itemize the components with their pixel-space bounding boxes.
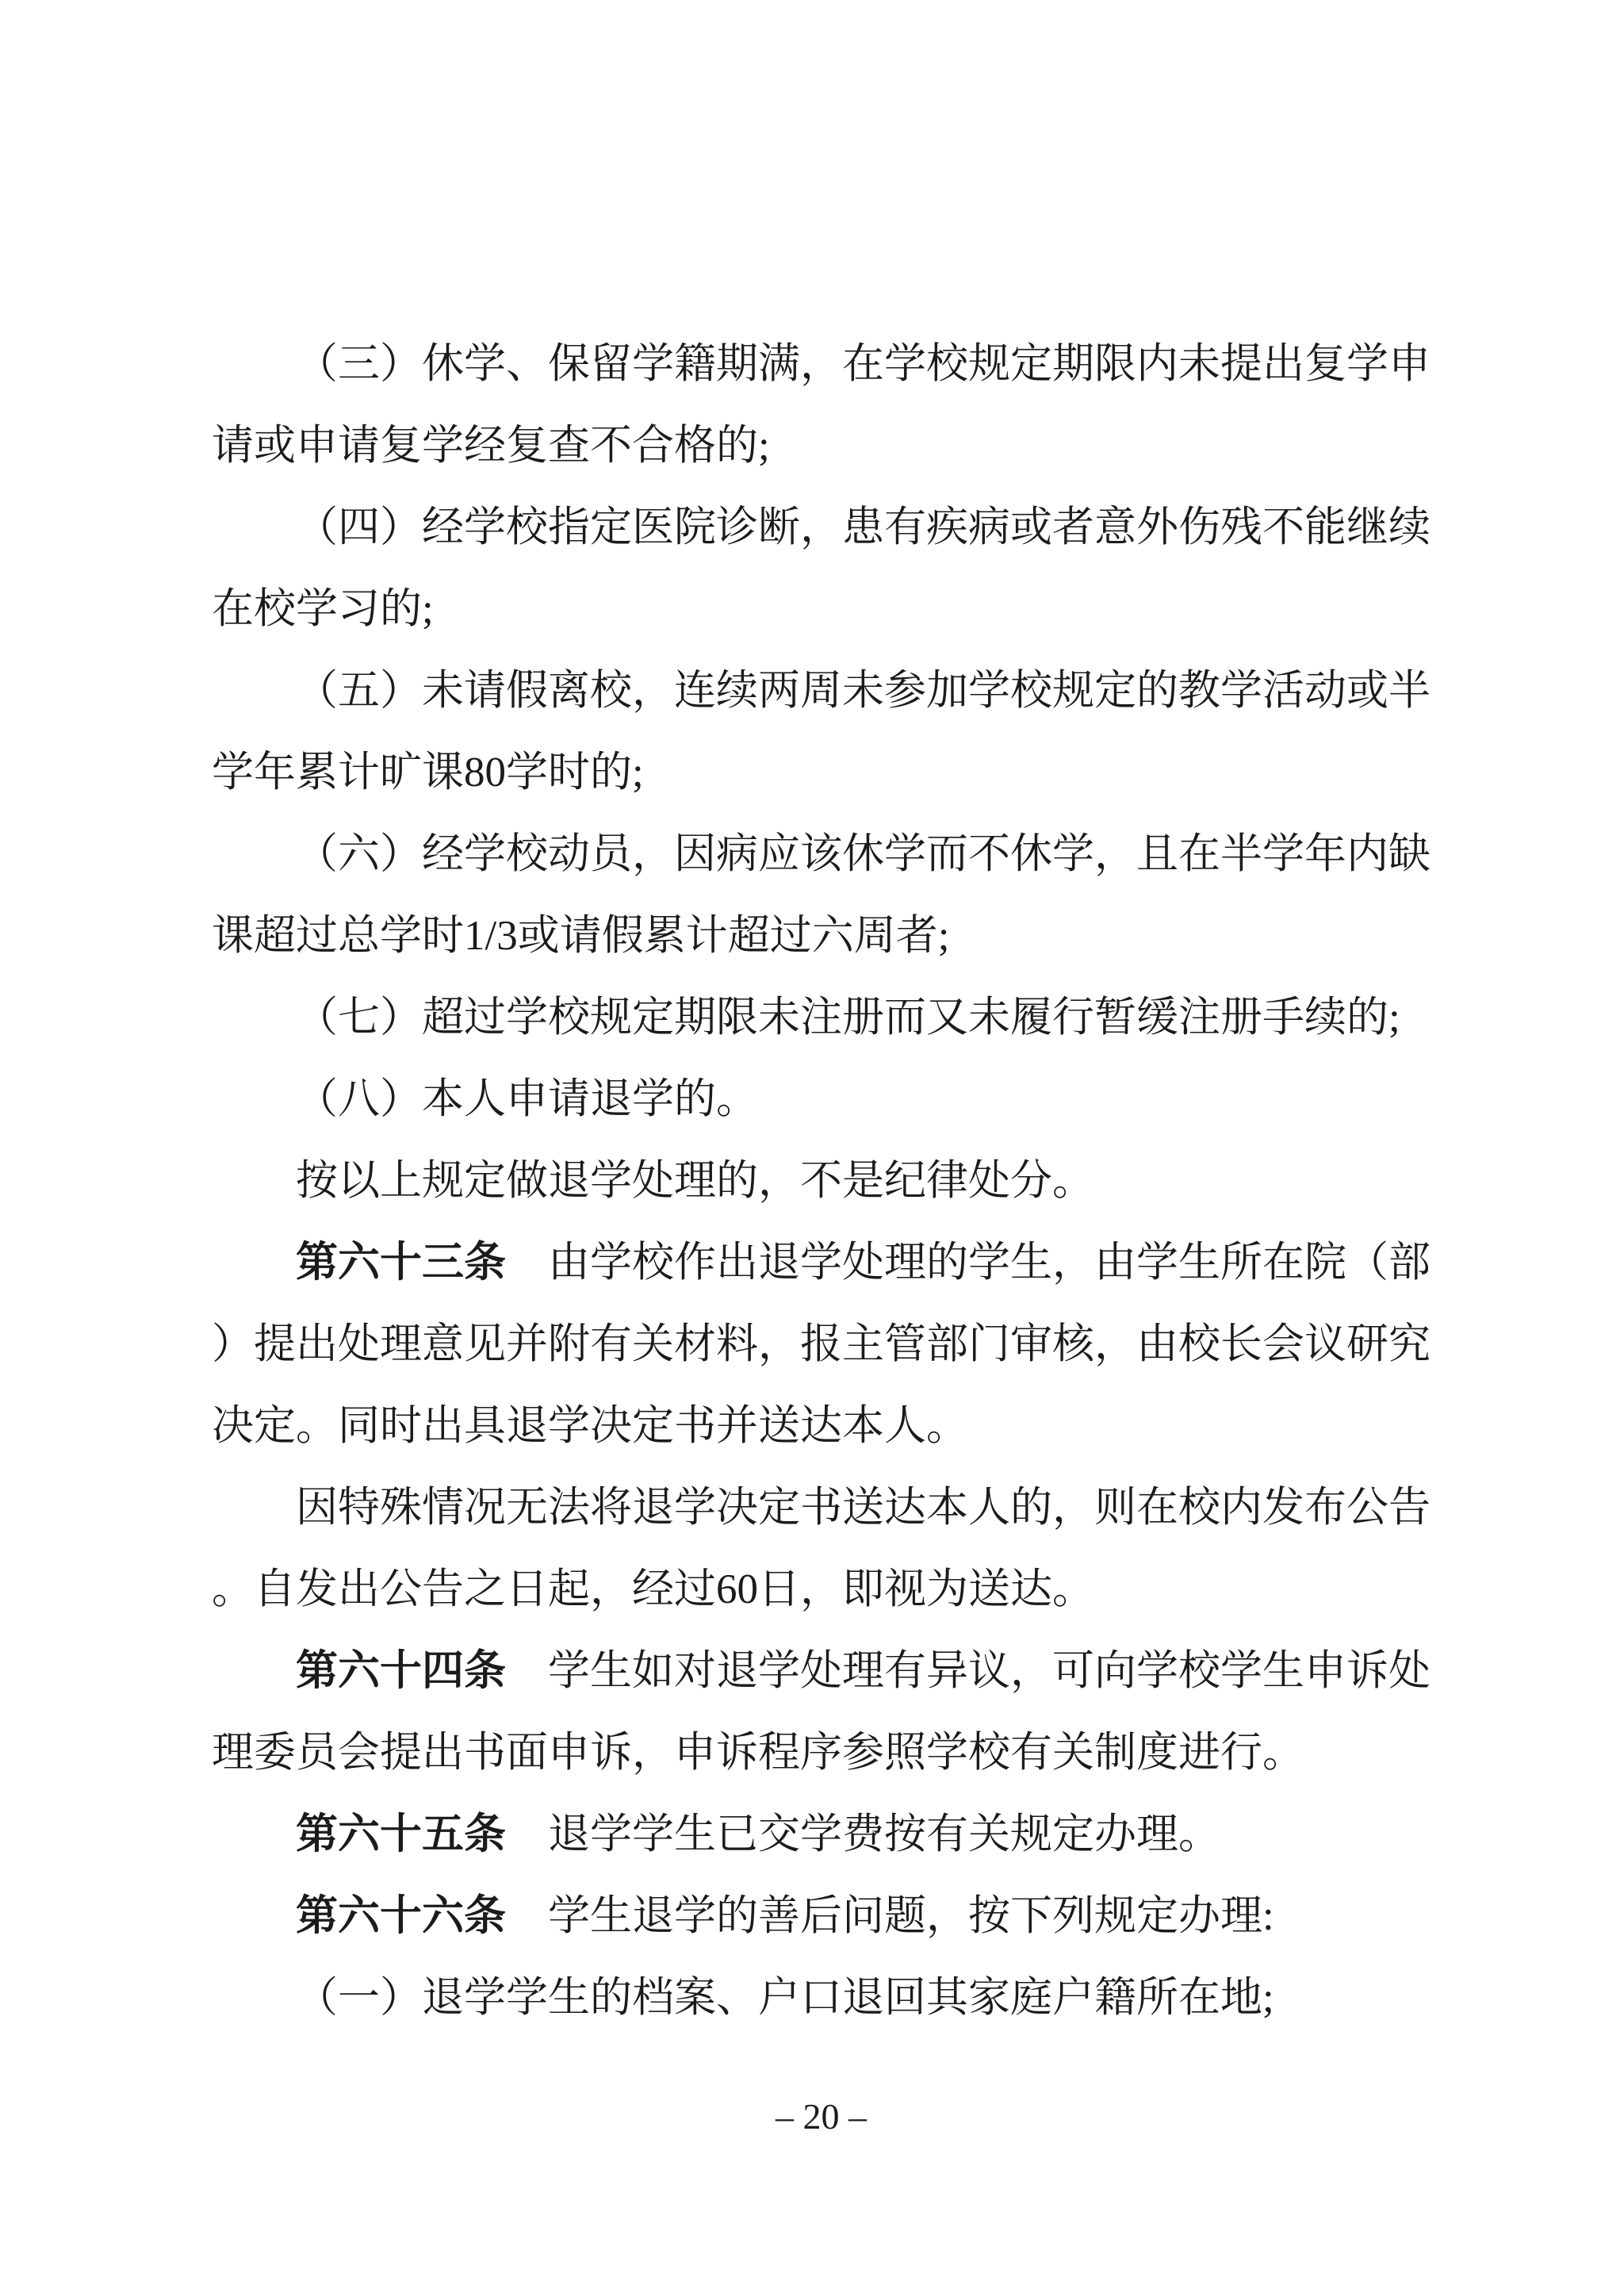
text-line: 因特殊情况无法将退学决定书送达本人的，则在校内发布公告 xyxy=(212,1467,1431,1549)
text-line: （七）超过学校规定期限未注册而又未履行暂缓注册手续的; xyxy=(212,977,1431,1059)
text-segment: （七）超过学校规定期限未注册而又未履行暂缓注册手续的; xyxy=(296,995,1400,1041)
text-line: 决定。同时出具退学决定书并送达本人。 xyxy=(212,1386,1431,1467)
text-segment: ）提出处理意见并附有关材料，报主管部门审核，由校长会议研究 xyxy=(212,1321,1431,1367)
text-line: 第六十四条 学生如对退学处理有异议，可向学校学生申诉处 xyxy=(212,1631,1431,1712)
text-segment: （五）未请假离校，连续两周未参加学校规定的教学活动或半 xyxy=(296,668,1431,714)
text-line: 第六十三条 由学校作出退学处理的学生，由学生所在院（部 xyxy=(212,1222,1431,1304)
text-segment: （三）休学、保留学籍期满，在学校规定期限内未提出复学申 xyxy=(296,341,1431,387)
text-segment: 在校学习的; xyxy=(212,586,434,632)
text-line: 在校学习的; xyxy=(212,569,1431,650)
document-body: （三）休学、保留学籍期满，在学校规定期限内未提出复学申请或申请复学经复查不合格的… xyxy=(212,324,1431,2039)
text-segment: 学年累计旷课80学时的; xyxy=(212,749,644,795)
text-line: （六）经学校动员，因病应该休学而不休学，且在半学年内缺 xyxy=(212,814,1431,895)
text-line: 第六十五条 退学学生已交学费按有关规定办理。 xyxy=(212,1794,1431,1876)
article-number-segment: 第六十五条 xyxy=(296,1811,506,1857)
text-segment: （六）经学校动员，因病应该休学而不休学，且在半学年内缺 xyxy=(296,831,1431,877)
article-number-segment: 第六十四条 xyxy=(296,1648,506,1694)
text-line: 第六十六条 学生退学的善后问题，按下列规定办理: xyxy=(212,1876,1431,1957)
text-segment: 退学学生已交学费按有关规定办理。 xyxy=(506,1811,1220,1857)
text-line: （八）本人申请退学的。 xyxy=(212,1059,1431,1140)
text-line: 课超过总学时1/3或请假累计超过六周者; xyxy=(212,895,1431,977)
text-line: 请或申请复学经复查不合格的; xyxy=(212,405,1431,487)
text-segment: 因特殊情况无法将退学决定书送达本人的，则在校内发布公告 xyxy=(296,1485,1431,1531)
text-segment: 请或申请复学经复查不合格的; xyxy=(212,423,770,469)
text-segment: 学生如对退学处理有异议，可向学校学生申诉处 xyxy=(506,1648,1431,1694)
text-line: 理委员会提出书面申诉，申诉程序参照学校有关制度进行。 xyxy=(212,1712,1431,1794)
text-segment: （八）本人申请退学的。 xyxy=(296,1076,758,1122)
text-segment: （一）退学学生的档案、户口退回其家庭户籍所在地; xyxy=(296,1975,1274,2021)
text-line: （四）经学校指定医院诊断，患有疾病或者意外伤残不能继续 xyxy=(212,487,1431,569)
text-segment: 课超过总学时1/3或请假累计超过六周者; xyxy=(212,913,949,959)
text-line: （三）休学、保留学籍期满，在学校规定期限内未提出复学申 xyxy=(212,324,1431,405)
text-line: 。自发出公告之日起，经过60日，即视为送达。 xyxy=(212,1549,1431,1631)
text-line: 按以上规定做退学处理的，不是纪律处分。 xyxy=(212,1140,1431,1222)
text-segment: 。自发出公告之日起，经过60日，即视为送达。 xyxy=(212,1566,1094,1612)
text-line: 学年累计旷课80学时的; xyxy=(212,732,1431,814)
text-line: ）提出处理意见并附有关材料，报主管部门审核，由校长会议研究 xyxy=(212,1304,1431,1386)
article-number-segment: 第六十三条 xyxy=(296,1240,506,1286)
text-segment: 按以上规定做退学处理的，不是纪律处分。 xyxy=(296,1158,1094,1204)
page-number: – 20 – xyxy=(212,2099,1431,2135)
text-line: （一）退学学生的档案、户口退回其家庭户籍所在地; xyxy=(212,1957,1431,2039)
text-segment: 决定。同时出具退学决定书并送达本人。 xyxy=(212,1403,968,1449)
article-number-segment: 第六十六条 xyxy=(296,1893,506,1939)
text-segment: 由学校作出退学处理的学生，由学生所在院（部 xyxy=(506,1240,1431,1286)
text-segment: 理委员会提出书面申诉，申诉程序参照学校有关制度进行。 xyxy=(212,1730,1304,1776)
document-page: （三）休学、保留学籍期满，在学校规定期限内未提出复学申请或申请复学经复查不合格的… xyxy=(0,0,1624,2296)
text-segment: 学生退学的善后问题，按下列规定办理: xyxy=(506,1893,1274,1939)
text-segment: （四）经学校指定医院诊断，患有疾病或者意外伤残不能继续 xyxy=(296,504,1431,550)
text-line: （五）未请假离校，连续两周未参加学校规定的教学活动或半 xyxy=(212,650,1431,732)
